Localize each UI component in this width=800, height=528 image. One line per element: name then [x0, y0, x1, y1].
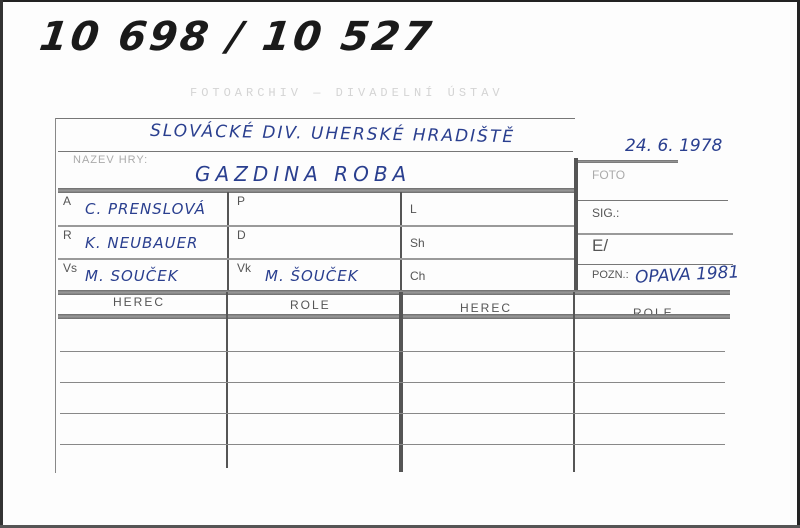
credit-label-p: P: [237, 194, 245, 208]
credit-value-r: K. NEUBAUER: [85, 234, 198, 252]
credit-value-a: C. PRENSLOVÁ: [85, 200, 206, 218]
credit-label-vk: Vk: [237, 261, 251, 275]
cast-row-rule: [60, 351, 725, 352]
title-bottom-rule: [58, 188, 574, 193]
cast-header-rule: [58, 314, 730, 319]
sig-label: SIG.:: [592, 206, 619, 220]
side-rule-2: [578, 233, 733, 235]
credit-label-l: L: [410, 202, 417, 216]
card-top-line: [55, 118, 575, 119]
cast-row-rule: [60, 413, 725, 414]
credit-label-d: D: [237, 228, 246, 242]
credit-value-vk: M. ŠOUČEK: [265, 267, 359, 285]
theatre-underline: [58, 151, 573, 152]
cast-header-role-left: ROLE: [290, 298, 331, 312]
cast-header-herec-left: HEREC: [113, 295, 165, 309]
credit-value-vs: M. SOUČEK: [85, 267, 179, 285]
scan-edge-left: [0, 0, 3, 528]
card-side-divider: [574, 158, 578, 294]
credits-row-rule-2: [58, 258, 574, 260]
foto-label: FOTO: [592, 168, 625, 182]
play-title: GAZDINA ROBA: [195, 162, 411, 186]
side-rule-1: [578, 200, 728, 201]
side-top-rule: [578, 160, 678, 163]
credit-label-r: R: [63, 228, 72, 242]
cast-row-rule: [60, 444, 725, 445]
cast-row-rule: [60, 382, 725, 383]
credits-row-rule-1: [58, 225, 574, 227]
cast-header-herec-right: HEREC: [460, 301, 512, 315]
faint-stamp-header: FOTOARCHIV — DIVADELNÍ ÚSTAV: [190, 86, 504, 100]
credits-col-divider-2: [400, 192, 402, 294]
title-label: NAZEV HRY:: [73, 154, 148, 166]
record-card: SLOVÁCKÉ DIV. UHERSKÉ HRADIŠTĚ 24. 6. 19…: [55, 118, 765, 478]
theatre-name: SLOVÁCKÉ DIV. UHERSKÉ HRADIŠTĚ: [150, 121, 515, 147]
archive-numbers: 10 698 / 10 527: [37, 14, 437, 60]
pozn-value: OPAVA 1981: [635, 262, 740, 287]
pozn-label: POZN.:: [592, 269, 629, 281]
card-left-line: [55, 118, 56, 473]
e-label: E/: [592, 236, 608, 256]
credit-label-sh: Sh: [410, 236, 425, 250]
premiere-date: 24. 6. 1978: [625, 136, 722, 156]
credit-label-vs: Vs: [63, 261, 77, 275]
cast-col-divider-1: [226, 292, 228, 468]
credits-col-divider-1: [227, 192, 229, 292]
scan-edge-top: [0, 0, 800, 2]
credit-label-ch: Ch: [410, 269, 425, 283]
credit-label-a: A: [63, 194, 71, 208]
